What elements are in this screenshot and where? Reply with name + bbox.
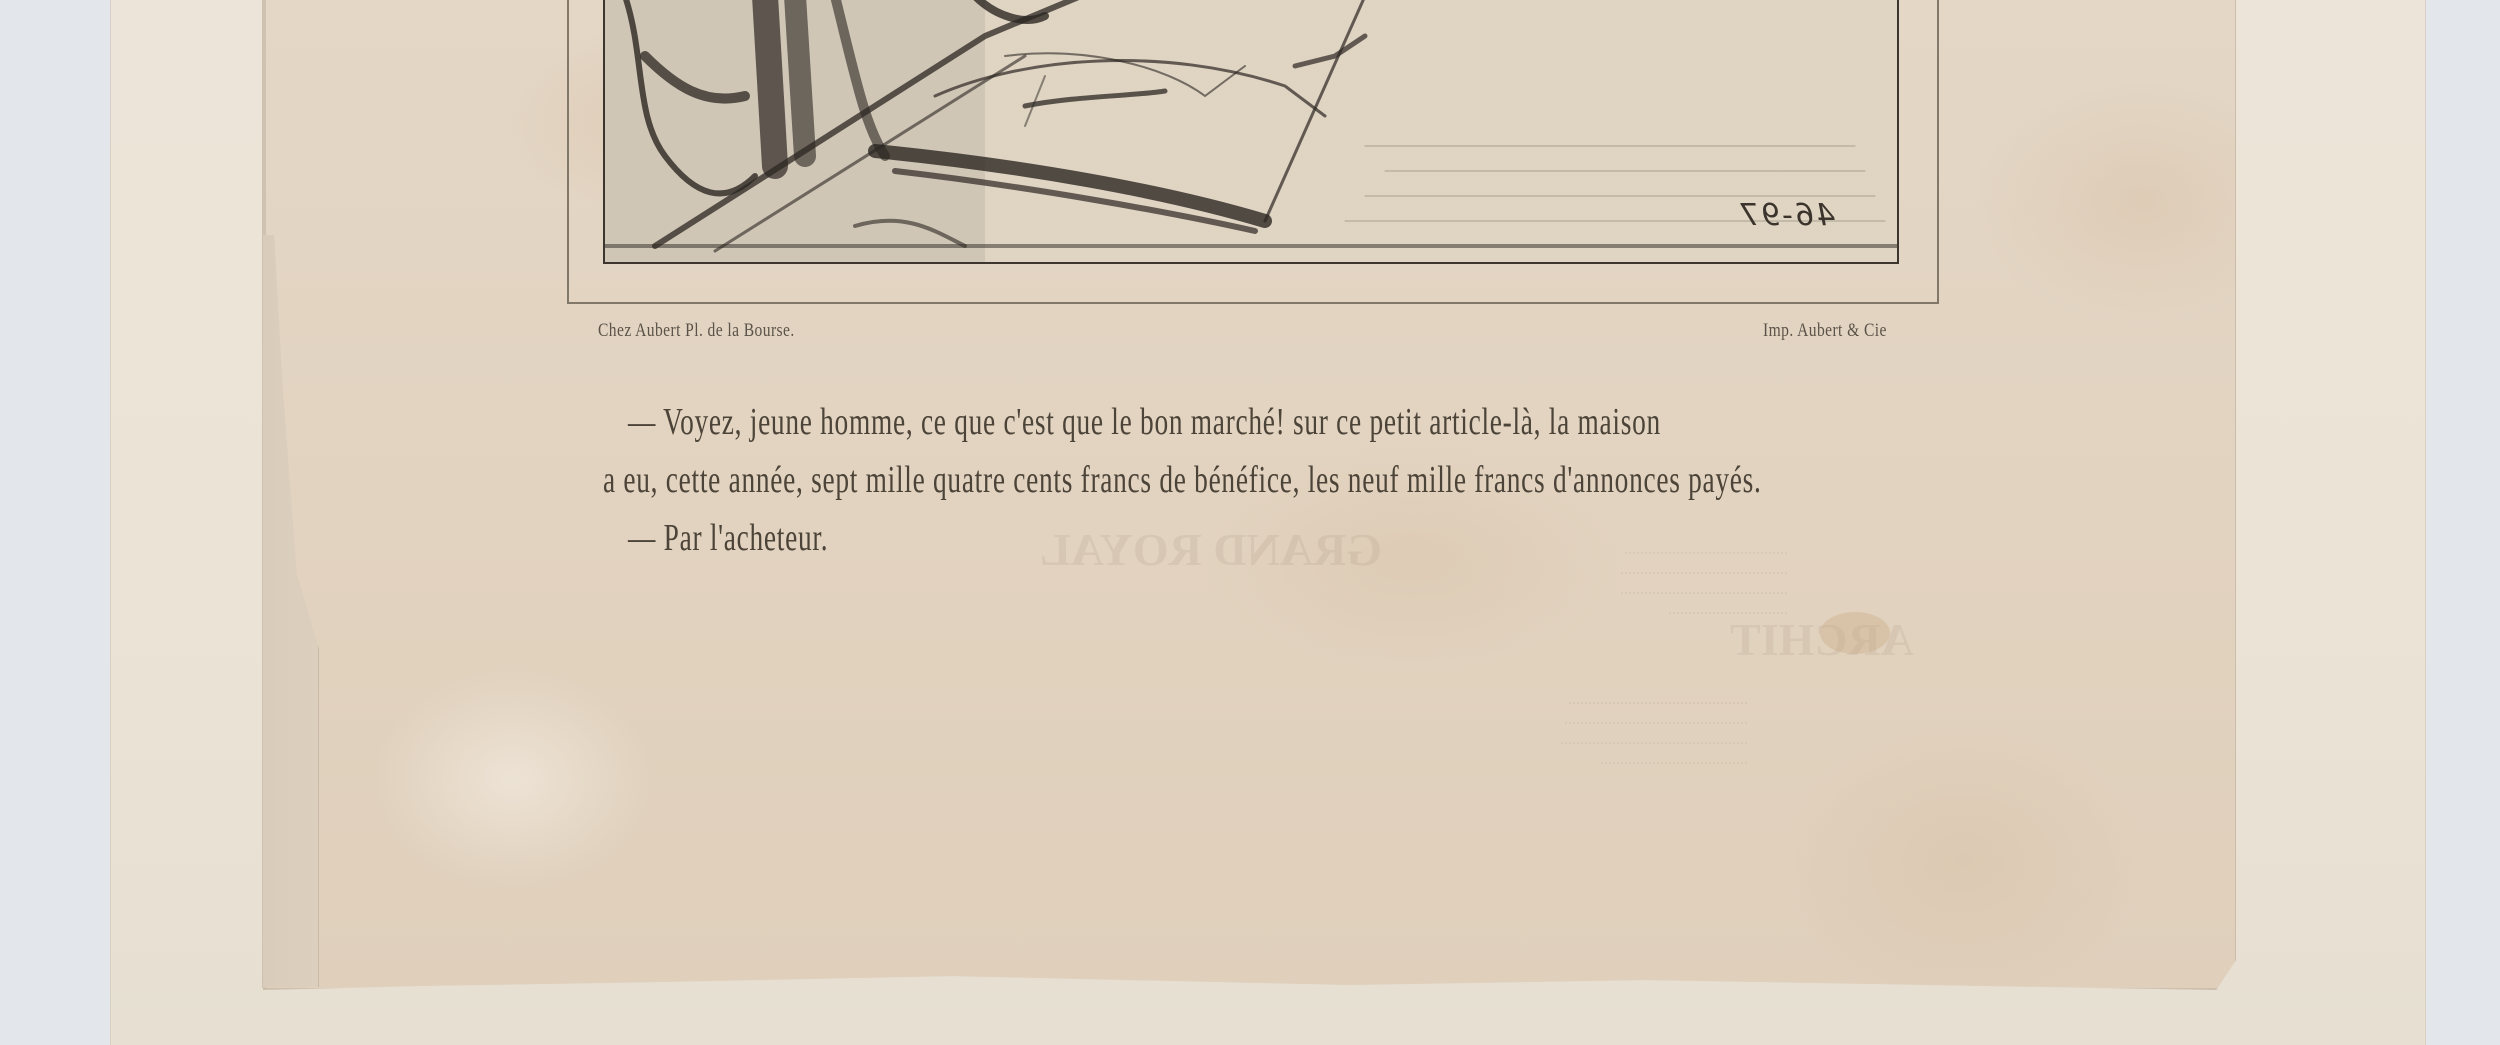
plate-number: 46-97: [1738, 198, 1835, 233]
lithograph-drawing: [603, 0, 1899, 264]
water-stain: [1820, 612, 1890, 654]
printer-caption: Imp. Aubert & Cie: [1763, 320, 1887, 342]
sketch-illustration: [605, 0, 1897, 262]
dialogue-line-2: a eu, cette année, sept mille quatre cen…: [603, 458, 1762, 502]
dialogue-line-1: — Voyez, jeune homme, ce que c'est que l…: [628, 400, 1661, 444]
dialogue-line-3: — Par l'acheteur.: [628, 516, 828, 560]
publisher-caption: Chez Aubert Pl. de la Bourse.: [598, 320, 795, 342]
